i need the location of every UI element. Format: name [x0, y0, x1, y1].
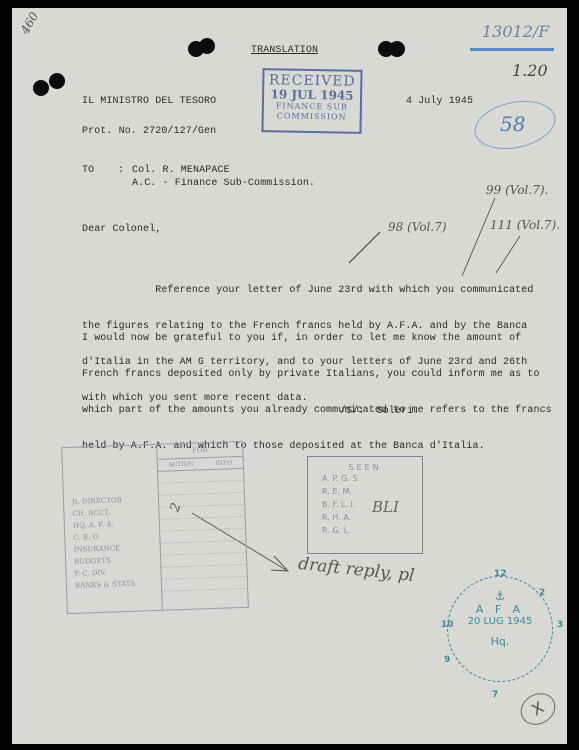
- p2-line: which part of the amounts you already co…: [82, 405, 552, 417]
- routing-slip: Jt. DIRECTOR CH. ACCT. HQ. A. F. A. C. R…: [61, 441, 249, 614]
- clock-12: 12: [494, 569, 507, 579]
- anchor-icon: ⚓: [448, 589, 552, 603]
- routing-departments: Jt. DIRECTOR CH. ACCT. HQ. A. F. A. C. R…: [72, 494, 138, 592]
- routing-action-column: FOR ACTION INFO: [156, 442, 248, 610]
- routing-row: BANKS & STATS.: [75, 578, 138, 592]
- salutation: Dear Colonel,: [82, 224, 161, 235]
- clock-10: 10: [441, 620, 454, 630]
- seen-stamp: SEEN A. P. G. S R. E. M. B. F. L. I. R. …: [307, 456, 423, 554]
- afa-clock-stamp: ⚓ A F A 20 LUG 1945 Hq.: [447, 576, 553, 682]
- seen-row: A. P. G. S: [322, 472, 422, 485]
- p1-line: Reference your letter of June 23rd with …: [82, 285, 533, 297]
- seen-row: R. E. M.: [322, 485, 422, 498]
- routing-action-label: ACTION: [168, 461, 194, 469]
- seen-row: R. G. L.: [322, 524, 422, 537]
- afa-date: 20 LUG 1945: [448, 616, 552, 627]
- clock-2: 2: [539, 588, 545, 598]
- seen-title: SEEN: [308, 463, 422, 472]
- clock-3: 3: [557, 620, 563, 630]
- clock-7: 7: [492, 690, 498, 700]
- routing-info-label: INFO: [215, 459, 232, 467]
- signature: /S/: Soleri.: [340, 406, 419, 417]
- clock-9: 9: [444, 655, 450, 665]
- afa-hq: Hq.: [448, 635, 552, 648]
- afa-label: A F A: [448, 603, 552, 616]
- p2-line: French francs deposited only by private …: [82, 369, 552, 381]
- p2-line: I would now be grateful to you if, in or…: [82, 333, 552, 345]
- document-page: 460 TRANSLATION 13012/F 1.20 RECEIVED 19…: [12, 8, 567, 744]
- seen-initials: BLI: [372, 498, 399, 516]
